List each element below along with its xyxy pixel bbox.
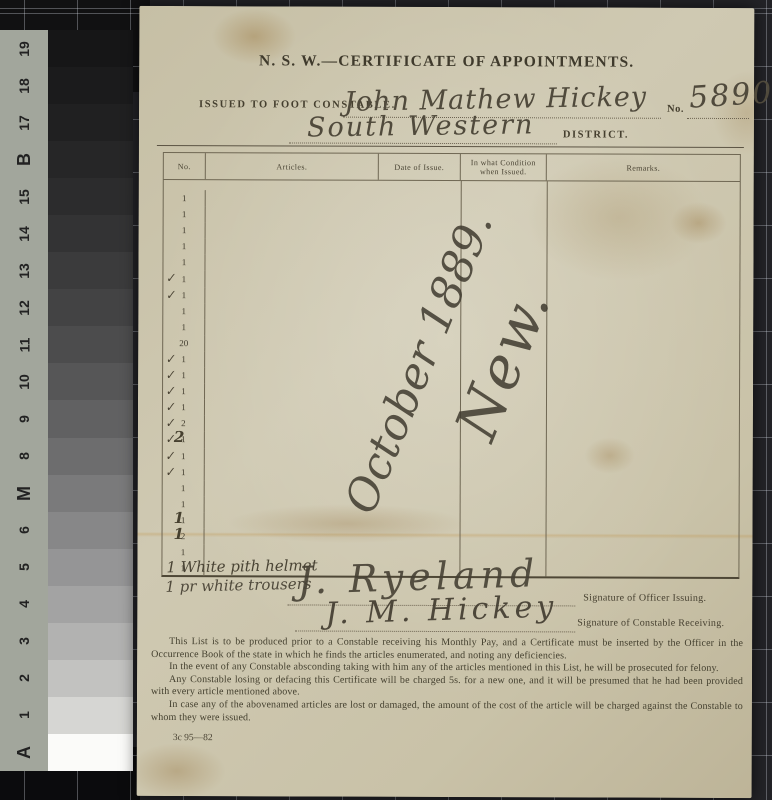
header-date-of-issue: Date of Issue. [379,154,461,180]
grayscale-step [48,141,133,178]
table-row: ✓1 [163,287,378,304]
table-row: ✓1 [163,399,378,416]
grayscale-step [48,326,133,363]
grayscale-step [48,697,133,734]
grayscale-calibration-strip: 191817B15141312111098M654321A [0,30,133,771]
table-row: ✓1 [163,383,378,400]
handwritten-checkmark: ✓ [164,400,176,415]
grayscale-step [48,734,133,771]
grayscale-step [48,215,133,252]
quantity-cell: 1 [163,303,205,319]
strip-label: 2 [0,660,48,697]
quantity-cell: 1 [164,190,206,206]
scan-background: 191817B15141312111098M654321A N. S. W.—C… [0,0,772,800]
strip-label: 3 [0,623,48,660]
grayscale-step [48,363,133,400]
constable-signature-line [295,630,575,632]
quantity-cell: 1 [164,238,206,254]
strip-label: 6 [0,512,48,549]
table-row: 20 [163,335,378,352]
grayscale-step [48,623,133,660]
header-articles: Articles. [206,153,379,180]
conditions-paragraph: In case any of the abovenamed articles a… [151,699,743,726]
grayscale-step [48,67,133,104]
header-condition: In what Condition when Issued. [461,154,547,180]
grayscale-step [48,289,133,326]
table-row: 1 [164,238,379,255]
district-underline [289,142,557,144]
grayscale-step [48,400,133,437]
strip-label-column: 191817B15141312111098M654321A [0,30,48,771]
header-no: No. [164,153,206,179]
strip-label: 9 [0,400,48,437]
handwritten-checkmark: ✓ [164,351,176,366]
handwritten-checkmark: ✓ [164,384,176,399]
condition-cell: New. [459,181,546,576]
table-row: 11 [163,512,378,529]
handwritten-checkmark: ✓ [164,287,176,302]
grayscale-step [48,438,133,475]
district-label: DISTRICT. [563,129,629,140]
table-row: 1 [163,254,378,271]
conditions-paragraphs: This List is to be produced prior to a C… [151,636,743,726]
strip-label: 10 [0,363,48,400]
grayscale-step [48,586,133,623]
table-header-row: No. Articles. Date of Issue. In what Con… [163,152,741,182]
article-rows: 11111✓1✓11120✓1✓1✓1✓1✓2✓21✓1✓111111211 [162,190,378,577]
strip-label: 17 [0,104,48,141]
conditions-paragraph: This List is to be produced prior to a C… [151,636,743,663]
grayscale-step [48,660,133,697]
strip-label: B [0,141,48,178]
constable-signature-label: Signature of Constable Receiving. [577,617,724,629]
grayscale-step [48,475,133,512]
strip-label: 4 [0,586,48,623]
strip-label: 14 [0,215,48,252]
form-number: 3c 95—82 [173,733,213,743]
quantity-cell: 1 [163,254,205,270]
document-paper: N. S. W.—CERTIFICATE OF APPOINTMENTS. IS… [137,6,755,798]
strip-label: A [0,734,48,771]
quantity-cell: 1 [163,319,205,335]
strip-label: 5 [0,549,48,586]
table-row: 1 [163,303,378,320]
header-rule [157,145,744,148]
strip-label: 15 [0,178,48,215]
table-body: 11111✓1✓11120✓1✓1✓1✓1✓2✓21✓1✓111111211 O… [161,180,740,579]
number-underline [687,118,749,119]
table-row: ✓1 [163,367,378,384]
table-row: ✓21 [163,431,378,448]
handwritten-checkmark: ✓ [165,271,177,286]
header-remarks: Remarks. [547,154,740,181]
constable-signature: J. M. Hickey [325,589,558,631]
grayscale-step [48,512,133,549]
quantity-cell: 20 [163,335,205,351]
table-row: ✓2 [163,415,378,432]
grayscale-step [48,30,133,67]
table-row: 1 [164,190,379,207]
strip-label: 8 [0,438,48,475]
district-handwritten: South Western [307,109,535,143]
strip-label: 12 [0,289,48,326]
table-row: 1 [164,206,379,223]
grayscale-step [48,104,133,141]
table-row: 1 [163,319,378,336]
grayscale-step [48,549,133,586]
conditions-paragraph: Any Constable losing or defacing this Ce… [151,674,743,701]
extra-article-handwritten: 1 White pith helmet [166,556,317,576]
strip-label: M [0,475,48,512]
strip-label: 11 [0,326,48,363]
strip-label: 19 [0,30,48,67]
handwritten-checkmark: ✓ [164,367,176,382]
quantity-cell: 1 [164,222,206,238]
quantity-cell: 1 [164,206,206,222]
table-row: ✓1 [163,448,378,465]
handwritten-checkmark: ✓ [164,448,176,463]
table-row: ✓1 [163,351,378,368]
handwritten-quantity: 1 [174,525,185,543]
table-row: ✓1 [163,270,378,287]
table-row: 1 [164,222,379,239]
certificate-number-handwritten: 5890 [688,75,772,116]
officer-signature-label: Signature of Officer Issuing. [583,592,706,603]
page-title: N. S. W.—CERTIFICATE OF APPOINTMENTS. [139,52,754,72]
handwritten-checkmark: ✓ [164,464,176,479]
articles-table: No. Articles. Date of Issue. In what Con… [161,152,740,579]
grayscale-step [48,178,133,215]
table-row: 12 [163,528,378,545]
grayscale-step [48,252,133,289]
number-label: No. [667,104,684,115]
strip-label: 13 [0,252,48,289]
date-of-issue-cell: October 1889. [377,181,460,576]
handwritten-quantity: 2 [174,428,185,446]
strip-step-column [48,30,133,771]
strip-label: 1 [0,697,48,734]
strip-label: 18 [0,67,48,104]
extra-article-handwritten-2: 1 pr white trousers [165,575,312,596]
quantity-cell: 1 [163,480,205,496]
